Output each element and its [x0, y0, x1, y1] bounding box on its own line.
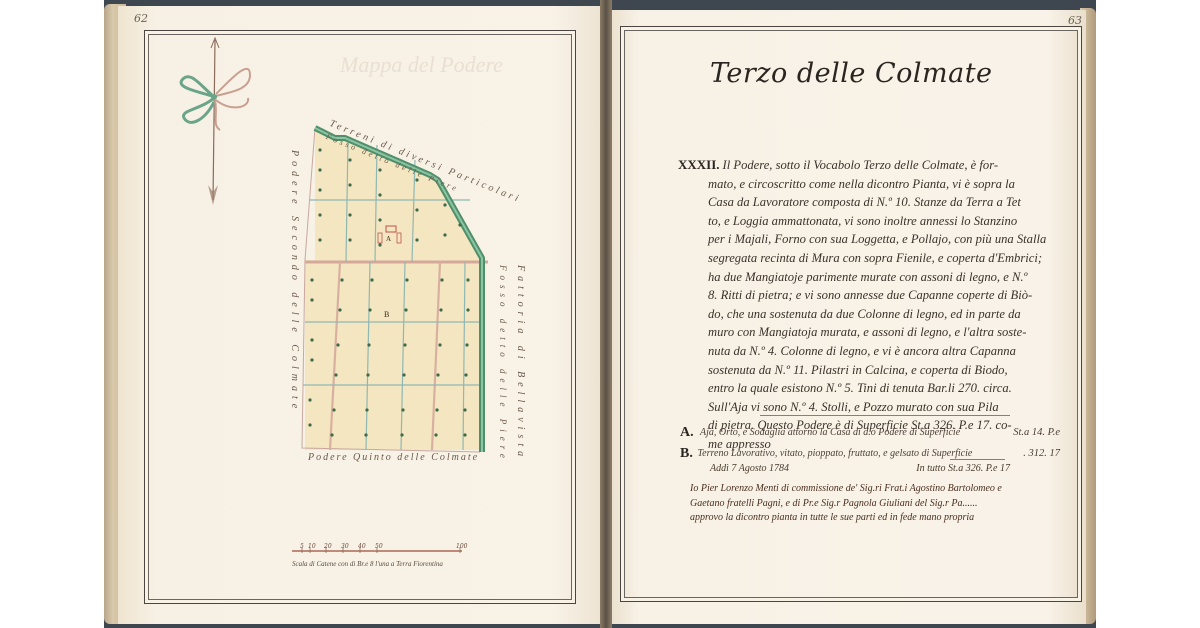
- paragraph-line: mato, e circoscritto come nella dicontro…: [678, 175, 1058, 194]
- section-number: XXXII.: [678, 157, 720, 172]
- paragraph-line: per i Majali, Forno con sua Loggetta, e …: [678, 230, 1058, 249]
- paragraph-line: sostenuta da N.º 11. Pilastri in Calcina…: [678, 361, 1058, 380]
- surface-items: A. Aja, Orto, e Sodaglia attorno la Casa…: [680, 422, 1060, 464]
- total-row: Addì 7 Agosto 1784 In tutto St.a 326. P.…: [690, 463, 1010, 474]
- page-title: Terzo delle Colmate: [710, 58, 993, 89]
- item-value: St.a 14. P.e: [960, 427, 1060, 438]
- paragraph-line: Casa da Lavoratore composta di N.º 10. S…: [678, 193, 1058, 212]
- item-description: Aja, Orto, e Sodaglia attorno la Casa di…: [700, 427, 960, 438]
- paragraph-line-text: Il Podere, sotto il Vocabolo Terzo delle…: [723, 158, 999, 172]
- paragraph-line: to, e Loggia ammattonata, vi sono inoltr…: [678, 212, 1058, 231]
- scale-tick: 20: [324, 543, 332, 550]
- signature-line: Io Pier Lorenzo Menti di commissione de'…: [690, 482, 1070, 497]
- description-paragraph: XXXII.Il Podere, sotto il Vocabolo Terzo…: [678, 156, 1058, 454]
- paragraph-line: segregata recinta di Mura con sopra Fien…: [678, 249, 1058, 268]
- scale-tick: 50: [375, 543, 383, 550]
- paragraph-line: Sull'Aja vi sono N.º 4. Stolli, e Pozzo …: [678, 398, 1058, 417]
- map-label-east-ditch: Fosso detto delle Piere: [498, 265, 508, 463]
- map-label-west: Podere Secondo delle Colmate: [289, 150, 300, 413]
- scale-tick: 40: [358, 543, 366, 550]
- item-value: . 312. 17: [972, 448, 1060, 459]
- item-letter: B.: [680, 446, 698, 462]
- scale-tick: 5: [300, 543, 304, 550]
- paragraph-line: 8. Ritti di pietra; e vi sono annesse du…: [678, 286, 1058, 305]
- scale-caption: Scala di Catene con di Br.e 8 l'una a Te…: [292, 560, 443, 568]
- paragraph-line: entro la quale esistono N.º 5. Tini di t…: [678, 379, 1058, 398]
- signature-line: approvo la dicontro pianta in tutte le s…: [690, 511, 1070, 526]
- scale-tick: 30: [341, 543, 349, 550]
- paragraph-line: muro con Mangiatoja murata, e assoni di …: [678, 323, 1058, 342]
- date-note: Addì 7 Agosto 1784: [690, 463, 789, 474]
- paragraph-line: ha due Mangiatoje parimente murate con a…: [678, 268, 1058, 287]
- map-label-east: Fattoria di Bellavista: [515, 265, 526, 461]
- map-label-south: Podere Quinto delle Colmate: [308, 452, 479, 463]
- paragraph-line: nuta da N.º 4. Colonne di legno, e vi è …: [678, 342, 1058, 361]
- sum-line: [950, 459, 1005, 460]
- parcel-label-a: A: [386, 235, 391, 243]
- total-value: In tutto St.a 326. P.e 17: [916, 463, 1010, 474]
- divider-line: [760, 415, 1010, 416]
- scale-tick: 100: [456, 543, 467, 550]
- surface-item-b: B. Terreno Lavorativo, vitato, pioppato,…: [680, 443, 1060, 464]
- paragraph-line: do, che una sostenuta da due Colonne di …: [678, 305, 1058, 324]
- signature-note: Io Pier Lorenzo Menti di commissione de'…: [690, 482, 1070, 526]
- scale-tick: 10: [308, 543, 316, 550]
- item-description: Terreno Lavorativo, vitato, pioppato, fr…: [698, 448, 973, 459]
- signature-line: Gaetano fratelli Pagni, e di Pr.e Sig.r …: [690, 497, 1070, 512]
- north-arrow-icon: [181, 38, 250, 205]
- paragraph-line: XXXII.Il Podere, sotto il Vocabolo Terzo…: [678, 156, 1058, 175]
- item-letter: A.: [680, 425, 700, 441]
- parcel-label-b: B: [384, 310, 389, 319]
- surface-item-a: A. Aja, Orto, e Sodaglia attorno la Casa…: [680, 422, 1060, 443]
